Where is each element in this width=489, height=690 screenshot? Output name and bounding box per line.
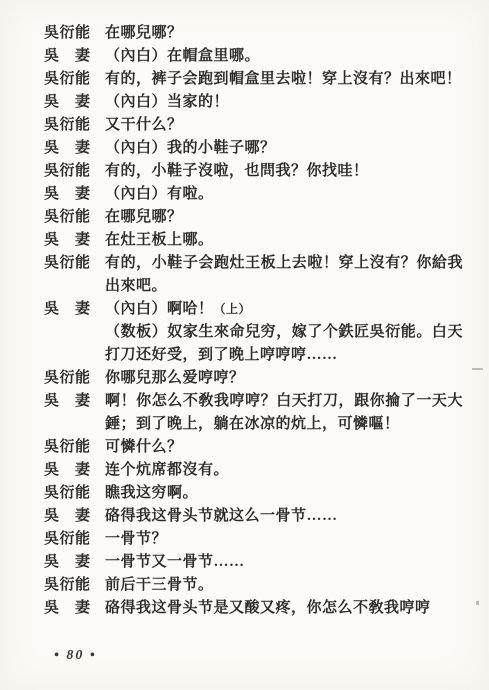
speech-block: 连个炕席都沒有。	[105, 459, 463, 482]
speech-block: 啊！你怎么不敎我哼哼？白天打刀，跟你掄了一天大錘；到了晚上，躺在冰凉的炕上，可憐…	[105, 390, 463, 436]
speaker-name: 吳 妻	[44, 91, 92, 114]
dialogue-row: 吳衍能 瞧我这穷啊。	[44, 482, 463, 505]
dialogue-row: 吳衍能 在哪兒哪？	[44, 206, 463, 229]
dialogue-row: 吳 妻 （內白）在帽盒里哪。	[44, 45, 463, 68]
speaker-name: 吳 妻	[44, 597, 92, 620]
speech-text: 硌得我这骨头节就这么一骨节……	[105, 508, 338, 524]
dialogue-list: 吳衍能 在哪兒哪？ 吳 妻 （內白）在帽盒里哪。 吳衍能 有的，裤子	[44, 22, 463, 620]
speech-block: 有的，裤子会跑到帽盒里去啦！穿上沒有？出來吧！	[105, 68, 463, 91]
speaker-name: 吳衍能	[44, 252, 92, 275]
dialogue-row: 吳 妻 在灶王板上哪。	[44, 229, 463, 252]
speech-text: 一骨节又一骨节……	[105, 554, 245, 570]
speaker-name: 吳衍能	[44, 574, 92, 597]
dialogue-row: 吳衍能 有的，小鞋子沒啦，也問我？你找哇！	[44, 160, 463, 183]
speaker-name: 吳 妻	[44, 551, 92, 574]
dialogue-row: 吳衍能 有的，裤子会跑到帽盒里去啦！穿上沒有？出來吧！	[44, 68, 463, 91]
speech-block: （內白）当家的！	[105, 91, 463, 114]
speech-text: （內白）在帽盒里哪。	[105, 48, 260, 64]
speaker-name: 吳 妻	[44, 298, 92, 321]
speech-block: 在灶王板上哪。	[105, 229, 463, 252]
speaker-name: 吳 妻	[44, 183, 92, 206]
speech-block: 硌得我这骨头节是又酸又疼，你怎么不敎我哼哼	[105, 597, 463, 620]
dialogue-row: 吳衍能 可憐什么？	[44, 436, 463, 459]
dialogue-row: 吳 妻 啊！你怎么不敎我哼哼？白天打刀，跟你掄了一天大錘；到了晚上，躺在冰凉的炕…	[44, 390, 463, 436]
speech-block: 你哪兒那么爱哼哼？	[105, 367, 463, 390]
dialogue-row: 吳 妻 硌得我这骨头节是又酸又疼，你怎么不敎我哼哼	[44, 597, 463, 620]
speech-block: 一骨节？	[105, 528, 463, 551]
speech-text: 又干什么？	[105, 117, 183, 133]
speech-block: 又干什么？	[105, 114, 463, 137]
dialogue-row: 吳 妻 （內白）当家的！	[44, 91, 463, 114]
speech-text: （內白）有啦。	[105, 186, 214, 202]
dialogue-row: 吳衍能 一骨节？	[44, 528, 463, 551]
speech-block: （內白）有啦。	[105, 183, 463, 206]
speech-text: （內白）我的小鞋子哪？	[105, 140, 276, 156]
speaker-name: 吳 妻	[44, 229, 92, 252]
speech-text: 有的，小鞋子会跑灶王板上去啦！穿上沒有？你給我出來吧。	[105, 255, 463, 294]
speech-text: 在哪兒哪？	[105, 25, 183, 41]
speech-block: （內白）啊哈！（上） （数板）奴家生來命兒穷，嫁了个鉄匠吳衍能。白天打刀还好受，…	[105, 298, 463, 367]
speech-block: 瞧我这穷啊。	[105, 482, 463, 505]
dialogue-row: 吳 妻 （內白）我的小鞋子哪？	[44, 137, 463, 160]
speaker-name: 吳 妻	[44, 390, 92, 413]
scan-artifact-speck	[476, 601, 479, 605]
speech-text: （內白）啊哈！	[105, 301, 214, 317]
speaker-name: 吳衍能	[44, 206, 92, 229]
dialogue-row: 吳 妻 连个炕席都沒有。	[44, 459, 463, 482]
speech-block: （內白）在帽盒里哪。	[105, 45, 463, 68]
speech-text: 瞧我这穷啊。	[105, 485, 198, 501]
dialogue-row: 吳 妻 硌得我这骨头节就这么一骨节……	[44, 505, 463, 528]
speaker-name: 吳衍能	[44, 367, 92, 390]
speech-block: 一骨节又一骨节……	[105, 551, 463, 574]
page-number: • 80 •	[54, 648, 97, 664]
speech-text: 一骨节？	[105, 531, 167, 547]
speaker-name: 吳衍能	[44, 482, 92, 505]
speech-text: （內白）当家的！	[105, 94, 229, 110]
dialogue-row: 吳衍能 又干什么？	[44, 114, 463, 137]
dialogue-row: 吳 妻 （內白）有啦。	[44, 183, 463, 206]
dialogue-row: 吳衍能 在哪兒哪？	[44, 22, 463, 45]
speech-block: 可憐什么？	[105, 436, 463, 459]
speaker-name: 吳衍能	[44, 22, 92, 45]
script-page: 吳衍能 在哪兒哪？ 吳 妻 （內白）在帽盒里哪。 吳衍能 有的，裤子	[0, 0, 489, 690]
speech-block: 有的，小鞋子沒啦，也問我？你找哇！	[105, 160, 463, 183]
speech-text: 连个炕席都沒有。	[105, 462, 229, 478]
speaker-name: 吳 妻	[44, 459, 92, 482]
speech-text: 在哪兒哪？	[105, 209, 183, 225]
speech-text: 前后干三骨节。	[105, 577, 214, 593]
stage-direction: （上）	[214, 302, 252, 316]
speaker-name: 吳衍能	[44, 68, 92, 91]
speech-text: 你哪兒那么爱哼哼？	[105, 370, 245, 386]
speech-block: 硌得我这骨头节就这么一骨节……	[105, 505, 463, 528]
speaker-name: 吳 妻	[44, 505, 92, 528]
speech-text: 可憐什么？	[105, 439, 183, 455]
speech-text: 在灶王板上哪。	[105, 232, 214, 248]
speech-block: （內白）我的小鞋子哪？	[105, 137, 463, 160]
speech-continuation: （数板）奴家生來命兒穷，嫁了个鉄匠吳衍能。白天打刀还好受，到了晚上哼哼哼……	[105, 321, 463, 367]
dialogue-row: 吳 妻 一骨节又一骨节……	[44, 551, 463, 574]
speaker-name: 吳 妻	[44, 137, 92, 160]
speaker-name: 吳衍能	[44, 160, 92, 183]
speaker-name: 吳衍能	[44, 528, 92, 551]
speech-text: 有的，裤子会跑到帽盒里去啦！穿上沒有？出來吧！	[105, 71, 462, 87]
speaker-name: 吳衍能	[44, 114, 92, 137]
speech-text: 有的，小鞋子沒啦，也問我？你找哇！	[105, 163, 369, 179]
dialogue-row: 吳 妻 （內白）啊哈！（上） （数板）奴家生來命兒穷，嫁了个鉄匠吳衍能。白天打刀…	[44, 298, 463, 367]
dialogue-row: 吳衍能 你哪兒那么爱哼哼？	[44, 367, 463, 390]
speaker-name: 吳衍能	[44, 436, 92, 459]
speech-text: 啊！你怎么不敎我哼哼？白天打刀，跟你掄了一天大錘；到了晚上，躺在冰凉的炕上，可憐…	[105, 393, 463, 432]
speech-text: 硌得我这骨头节是又酸又疼，你怎么不敎我哼哼	[105, 600, 431, 616]
dialogue-row: 吳衍能 前后干三骨节。	[44, 574, 463, 597]
speech-block: 前后干三骨节。	[105, 574, 463, 597]
scan-artifact-dash	[472, 368, 483, 370]
speaker-name: 吳 妻	[44, 45, 92, 68]
speech-block: 在哪兒哪？	[105, 22, 463, 45]
speech-block: 在哪兒哪？	[105, 206, 463, 229]
speech-block: 有的，小鞋子会跑灶王板上去啦！穿上沒有？你給我出來吧。	[105, 252, 463, 298]
dialogue-row: 吳衍能 有的，小鞋子会跑灶王板上去啦！穿上沒有？你給我出來吧。	[44, 252, 463, 298]
